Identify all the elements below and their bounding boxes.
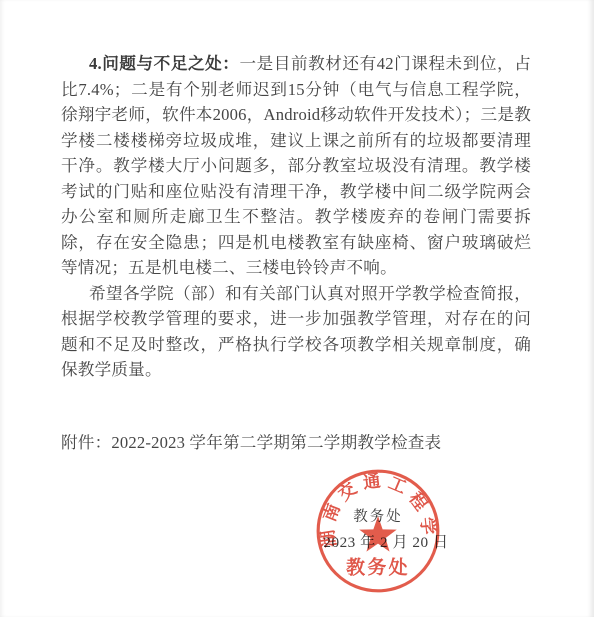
attachment-line: 附件：2022-2023 学年第二学期第二学期教学检查表	[61, 430, 531, 456]
seal-department-text: 教务处	[346, 556, 410, 579]
paragraph-problems: 4.问题与不足之处：一是目前教材还有42门课程未到位，占比7.4%；二是有个别老…	[61, 51, 531, 281]
signature-department: 教务处	[353, 505, 403, 526]
paragraph-problems-text: 一是目前教材还有42门课程未到位，占比7.4%；二是有个别老师迟到15分钟（电气…	[61, 54, 531, 277]
signature-date: 2023 年 2 月 20 日	[323, 531, 448, 552]
paragraph-hope: 希望各学院（部）和有关部门认真对照开学教学检查简报，根据学校教学管理的要求，进一…	[61, 281, 531, 383]
document-body: 4.问题与不足之处：一是目前教材还有42门课程未到位，占比7.4%；二是有个别老…	[61, 51, 531, 455]
document-page: 4.问题与不足之处：一是目前教材还有42门课程未到位，占比7.4%；二是有个别老…	[0, 0, 594, 617]
paragraph-problems-heading: 4.问题与不足之处：	[89, 54, 239, 73]
